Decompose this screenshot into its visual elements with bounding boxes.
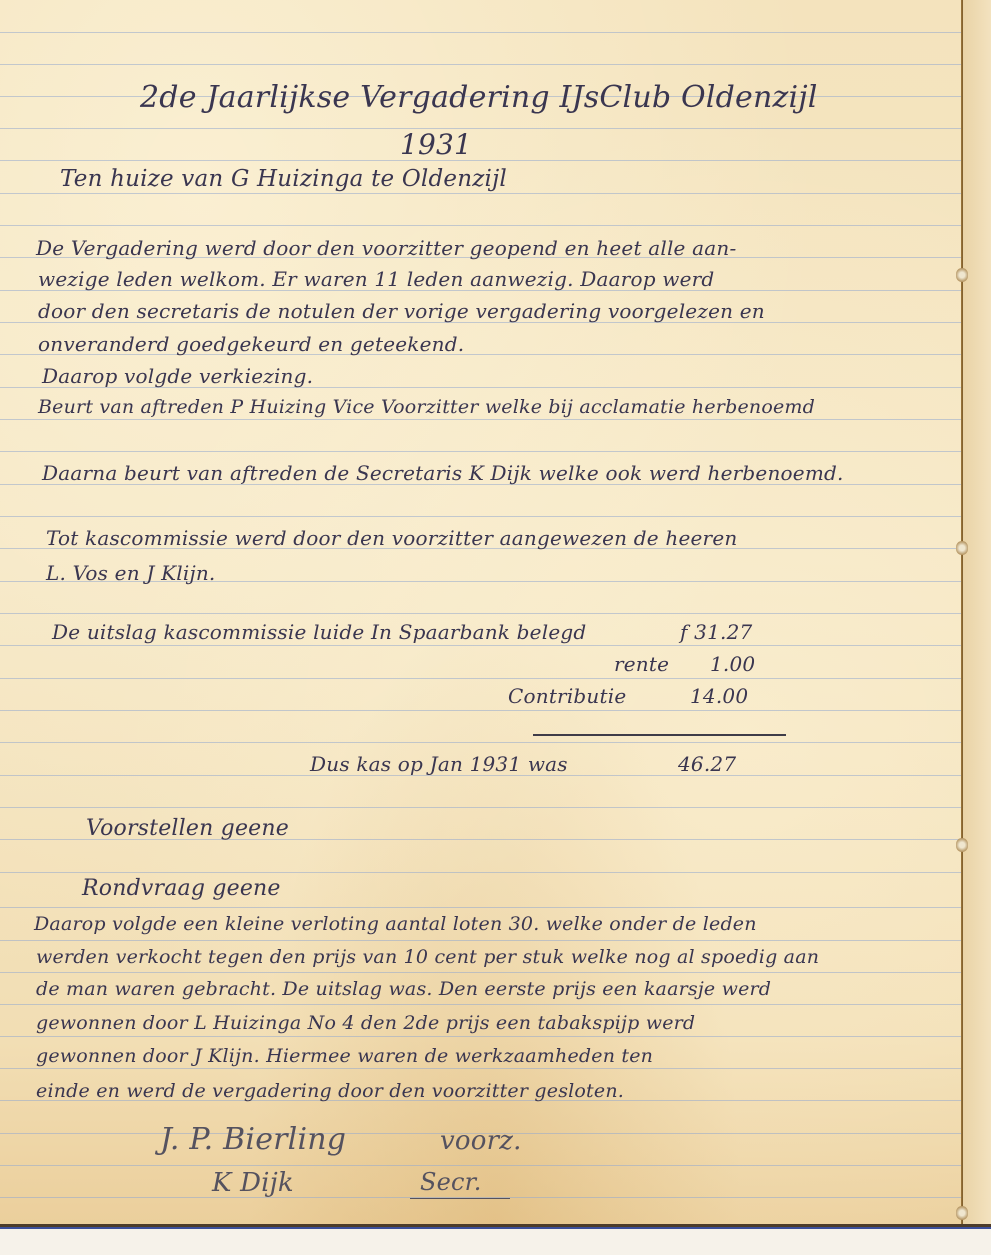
proposals-line: Voorstellen geene <box>86 816 289 841</box>
ruled-line <box>0 516 991 517</box>
ruled-line <box>0 160 991 161</box>
ruled-line <box>0 128 991 129</box>
ruled-line <box>0 1004 991 1005</box>
binding-stitch-icon <box>956 838 968 852</box>
chair-role: voorz. <box>440 1126 522 1156</box>
ruled-line <box>0 1165 991 1166</box>
binding-stitch-icon <box>956 1206 968 1220</box>
binding-stitch-icon <box>956 268 968 282</box>
notebook-spine <box>961 0 963 1224</box>
meeting-year: 1931 <box>400 128 472 161</box>
ruled-line <box>0 451 991 452</box>
finance-amount-deposit: f 31.27 <box>680 620 752 644</box>
text-line: werden verkocht tegen den prijs van 10 c… <box>36 946 819 968</box>
finance-label-contribution: Contributie <box>508 684 626 708</box>
text-line: Daarop volgde een kleine verloting aanta… <box>34 913 757 935</box>
ruled-line <box>0 678 991 679</box>
ruled-line <box>0 645 991 646</box>
text-line: L. Vos en J Klijn. <box>46 561 216 585</box>
ruled-line <box>0 872 991 873</box>
page-title: 2de Jaarlijkse Vergadering IJsClub Olden… <box>140 80 818 115</box>
sum-line <box>533 734 786 736</box>
text-line: Daarop volgde verkiezing. <box>42 364 313 388</box>
ruled-line <box>0 32 991 33</box>
secretary-signature: K Dijk <box>212 1168 294 1198</box>
text-line: de man waren gebracht. De uitslag was. D… <box>36 978 771 1000</box>
ruled-line <box>0 64 991 65</box>
ruled-line <box>0 1036 991 1037</box>
ruled-line <box>0 1068 991 1069</box>
facing-page-edge <box>963 0 991 1224</box>
finance-amount-contribution: 14.00 <box>690 684 748 708</box>
ruled-line <box>0 907 991 908</box>
ruled-line <box>0 193 991 194</box>
ruled-line <box>0 225 991 226</box>
ruled-line <box>0 742 991 743</box>
notebook-page: 2de Jaarlijkse Vergadering IJsClub Olden… <box>0 0 991 1227</box>
ruled-line <box>0 940 991 941</box>
chair-signature: J. P. Bierling <box>160 1122 346 1157</box>
finance-amount-interest: 1.00 <box>710 652 755 676</box>
finance-label-interest: rente <box>614 652 669 676</box>
ruled-line <box>0 972 991 973</box>
ruled-line <box>0 613 991 614</box>
text-line: wezige leden welkom. Er waren 11 leden a… <box>38 267 714 291</box>
text-line: einde en werd de vergadering door den vo… <box>36 1080 624 1102</box>
meeting-location: Ten huize van G Huizinga te Oldenzijl <box>60 166 507 192</box>
finance-total-label: Dus kas op Jan 1931 was <box>310 752 568 776</box>
text-line: Daarna beurt van aftreden de Secretaris … <box>42 461 844 485</box>
text-line: Beurt van aftreden P Huizing Vice Voorzi… <box>38 396 815 418</box>
finance-total-amount: 46.27 <box>678 752 736 776</box>
text-line: Tot kascommissie werd door den voorzitte… <box>46 526 737 550</box>
text-line: onveranderd goedgekeurd en geteekend. <box>38 332 464 356</box>
text-line: De Vergadering werd door den voorzitter … <box>36 236 736 260</box>
ruled-line <box>0 710 991 711</box>
ruled-line <box>0 807 991 808</box>
binding-stitch-icon <box>956 541 968 555</box>
ruled-line <box>0 419 991 420</box>
secretary-role: Secr. <box>420 1168 482 1196</box>
questions-line: Rondvraag geene <box>82 876 281 901</box>
text-line: gewonnen door J Klijn. Hiermee waren de … <box>36 1045 653 1067</box>
finance-intro: De uitslag kascommissie luide In Spaarba… <box>52 620 586 644</box>
text-line: door den secretaris de notulen der vorig… <box>38 299 765 323</box>
signature-underline <box>410 1198 510 1199</box>
text-line: gewonnen door L Huizinga No 4 den 2de pr… <box>36 1012 695 1034</box>
